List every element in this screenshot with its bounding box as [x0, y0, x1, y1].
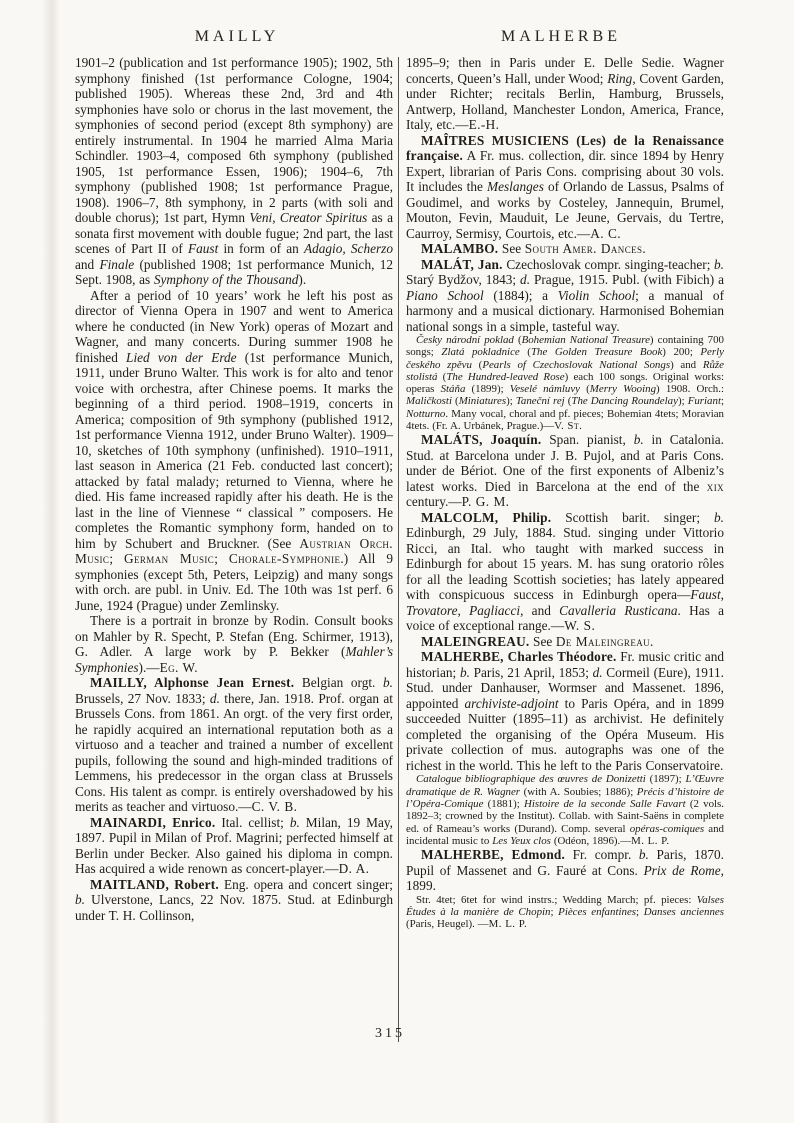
column-divider-rule	[398, 57, 399, 1042]
running-head-left: MAILLY	[75, 28, 399, 46]
text-column-left: 1901–2 (publication and 1st performance …	[75, 55, 393, 923]
dictionary-page: MAILLY MALHERBE 1901–2 (publication and …	[0, 0, 794, 1123]
mahler-continuation-paragraph: 1901–2 (publication and 1st performance …	[75, 55, 393, 288]
entry-maleingreau: MALEINGREAU. See De Maleingreau.	[406, 634, 724, 650]
entry-malherbe-edmond: MALHERBE, Edmond. Fr. compr. b. Paris, 1…	[406, 847, 724, 894]
maitland-continuation-paragraph: 1895–9; then in Paris under E. Delle Sed…	[406, 55, 724, 133]
entry-mailly: MAILLY, Alphonse Jean Ernest. Belgian or…	[75, 675, 393, 815]
entry-malats: MALÁTS, Joaquín. Span. pianist, b. in Ca…	[406, 432, 724, 510]
malherbe-edmond-works-paragraph: Str. 4tet; 6tet for wind instrs.; Weddin…	[406, 894, 724, 931]
entry-malat: MALÁT, Jan. Czechoslovak compr. singing-…	[406, 257, 724, 335]
entry-malcolm: MALCOLM, Philip. Scottish barit. singer;…	[406, 510, 724, 634]
entry-malherbe-charles: MALHERBE, Charles Théodore. Fr. music cr…	[406, 649, 724, 773]
mahler-portrait-paragraph: There is a portrait in bronze by Rodin. …	[75, 613, 393, 675]
malherbe-charles-works-paragraph: Catalogue bibliographique des œuvres de …	[406, 773, 724, 847]
entry-malambo: MALAMBO. See South Amer. Dances.	[406, 241, 724, 257]
running-head-right: MALHERBE	[399, 28, 723, 46]
malat-works-paragraph: Česky národní poklad (Bohemian National …	[406, 334, 724, 432]
mahler-america-paragraph: After a period of 10 years’ work he left…	[75, 288, 393, 614]
entry-maitres-musiciens: MAÎTRES MUSICIENS (Les) de la Renaissanc…	[406, 133, 724, 242]
entry-mainardi: MAINARDI, Enrico. Ital. cellist; b. Mila…	[75, 815, 393, 877]
text-column-right: 1895–9; then in Paris under E. Delle Sed…	[406, 55, 724, 931]
page-number: 315	[0, 1026, 780, 1042]
page-gutter-shadow	[42, 0, 60, 1123]
entry-maitland: MAITLAND, Robert. Eng. opera and concert…	[75, 877, 393, 924]
running-heads: MAILLY MALHERBE	[75, 28, 723, 46]
